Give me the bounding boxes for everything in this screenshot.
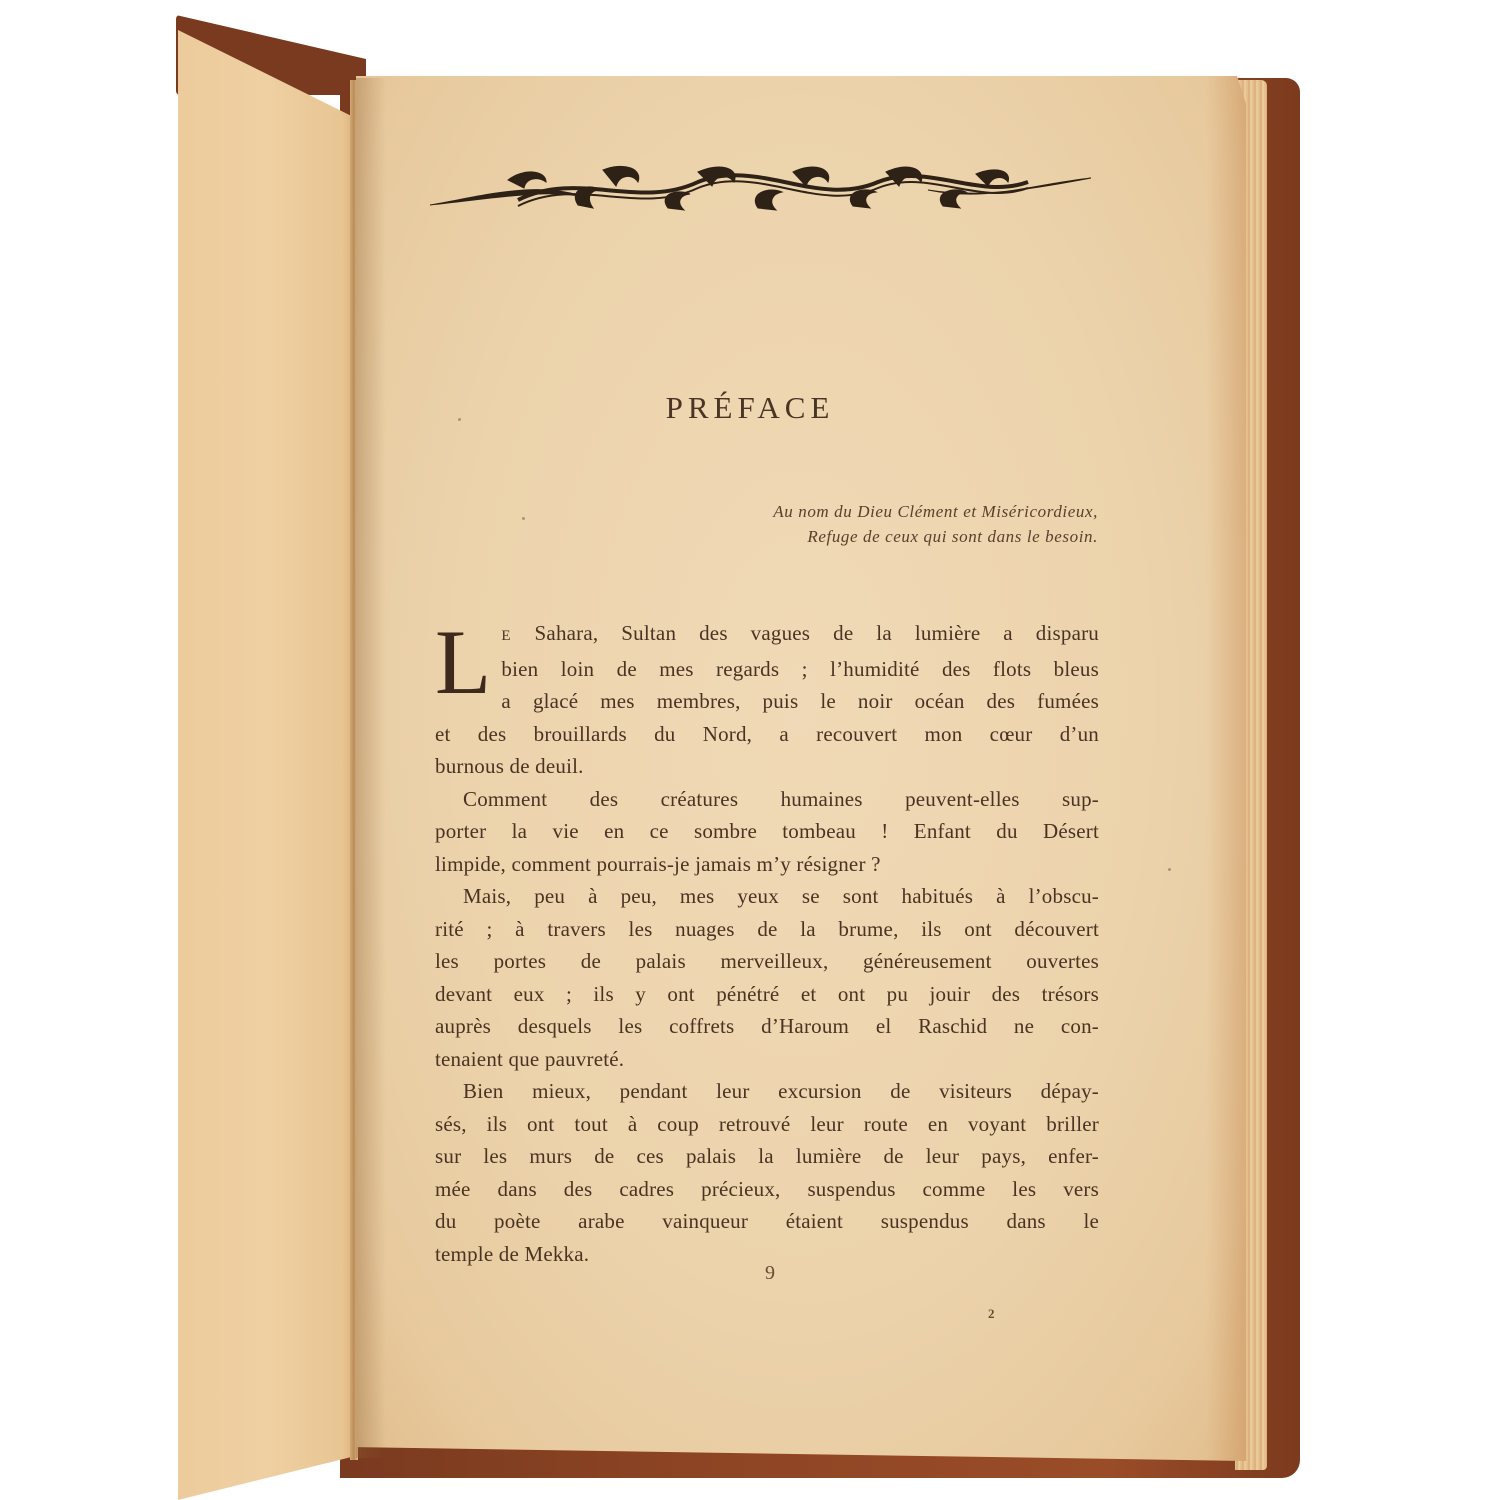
text-line: les portes de palais merveilleux, génére…: [435, 945, 1099, 978]
epigraph: Au nom du Dieu Clément et Miséricordieux…: [560, 499, 1098, 549]
gutter-shadow: [356, 78, 386, 1458]
text-line: porter la vie en ce sombre tombeau ! Enf…: [435, 815, 1099, 848]
paper-speck: [1168, 868, 1171, 871]
open-book-photo: PRÉFACE Au nom du Dieu Clément et Miséri…: [0, 0, 1500, 1500]
epigraph-line: Refuge de ceux qui sont dans le besoin.: [560, 524, 1098, 549]
preface-body-text: L E Sahara, Sultan des vagues de la lumi…: [435, 617, 1099, 1270]
paper-speck: [458, 418, 461, 421]
page-number: 9: [758, 1262, 782, 1285]
text-line: burnous de deuil.: [435, 750, 1099, 783]
signature-mark: 2: [988, 1306, 995, 1322]
text-line: bien loin de mes regards ; l’humidité de…: [435, 653, 1099, 686]
text-line: sur les murs de ces palais la lumière de…: [435, 1140, 1099, 1173]
paragraph: Bien mieux, pendant leur excursion de vi…: [435, 1075, 1099, 1270]
text-line: limpide, comment pourrais-je jamais m’y …: [435, 848, 1099, 881]
paragraph: Mais, peu à peu, mes yeux se sont habitu…: [435, 880, 1099, 1075]
drop-cap-letter: L: [435, 623, 491, 701]
text-line: et des brouillards du Nord, a recouvert …: [435, 718, 1099, 751]
paragraph: L E Sahara, Sultan des vagues de la lumi…: [435, 617, 1099, 783]
text-line: devant eux ; ils y ont pénétré et ont pu…: [435, 978, 1099, 1011]
left-flyleaf-page: [178, 30, 356, 1500]
text-line: auprès desquels les coffrets d’Haroum el…: [435, 1010, 1099, 1043]
text-line: a glacé mes membres, puis le noir océan …: [435, 685, 1099, 718]
paper-speck: [522, 517, 525, 520]
text-line: sés, ils ont tout à coup retrouvé leur r…: [435, 1108, 1099, 1141]
text-line: mée dans des cadres précieux, suspendus …: [435, 1173, 1099, 1206]
text-line: Comment des créatures humaines peuvent-e…: [435, 783, 1099, 816]
page-title: PRÉFACE: [600, 390, 900, 426]
text-line: rité ; à travers les nuages de la brume,…: [435, 913, 1099, 946]
text-line: tenaient que pauvreté.: [435, 1043, 1099, 1076]
text-line: E Sahara, Sultan des vagues de la lumièr…: [435, 617, 1099, 653]
text-line: du poète arabe vainqueur étaient suspend…: [435, 1205, 1099, 1238]
epigraph-line: Au nom du Dieu Clément et Miséricordieux…: [560, 499, 1098, 524]
paragraph: Comment des créatures humaines peuvent-e…: [435, 783, 1099, 881]
text-line: Mais, peu à peu, mes yeux se sont habitu…: [435, 880, 1099, 913]
text-line: Bien mieux, pendant leur excursion de vi…: [435, 1075, 1099, 1108]
arabesque-ornament-icon: [428, 160, 1093, 215]
